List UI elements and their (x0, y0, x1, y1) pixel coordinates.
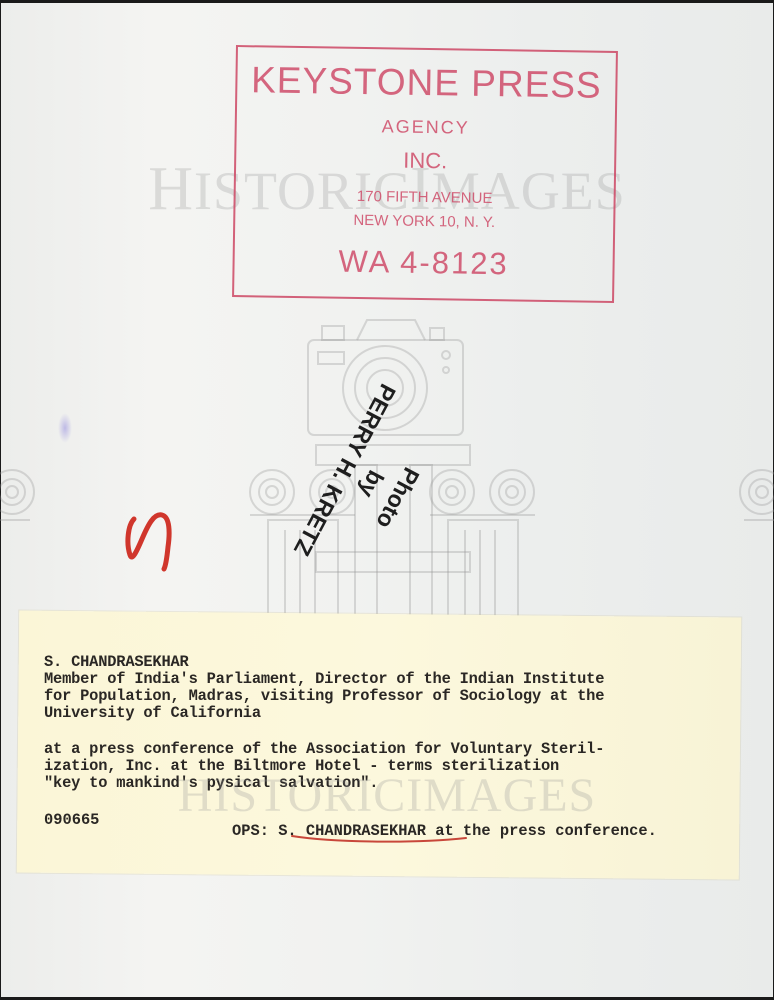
ink-smudge (58, 413, 72, 443)
caption-date-code: 090665 (44, 811, 99, 829)
stamp-city: NEW YORK 10, N. Y. (235, 210, 613, 233)
stamp-inc: INC. (236, 145, 614, 177)
caption-description-line: for Population, Madras, visiting Profess… (44, 688, 724, 705)
keystone-press-stamp: KEYSTONE PRESS AGENCY INC. 170 FIFTH AVE… (232, 45, 618, 303)
caption-event-line: at a press conference of the Association… (44, 741, 724, 758)
watermark-text-bottom: HISTORICIMAGES (0, 772, 774, 820)
caption-description-line: University of California (44, 705, 724, 722)
stamp-address: 170 FIFTH AVENUE (236, 186, 614, 209)
stamp-title: KEYSTONE PRESS (237, 59, 616, 107)
caption-description-line: Member of India's Parliament, Director o… (44, 671, 724, 688)
stamp-phone: WA 4-8123 (234, 242, 613, 284)
stamp-agency: AGENCY (237, 114, 615, 141)
handwritten-s-mark-icon (120, 503, 180, 573)
caption-subject-name: S. CHANDRASEKHAR (44, 654, 724, 671)
red-underline-mark-icon (290, 832, 470, 846)
